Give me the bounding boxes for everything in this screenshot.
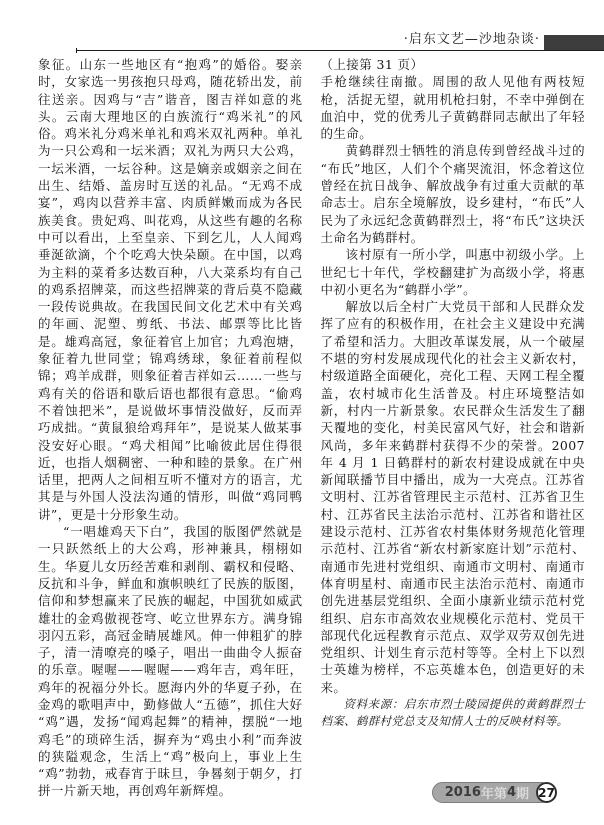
article-body: 象征。山东一些地区有“抱鸡”的婚俗。娶亲时，女家选一男孩抱只母鸡，随花轿出发，前… <box>38 56 585 765</box>
page-header: ·启东文艺—沙地杂谈· <box>38 26 604 50</box>
issue-number: 4 <box>507 785 516 800</box>
paragraph: “一唱雄鸡天下白”，我国的版图俨然就是一只跃然纸上的大公鸡，形神兼具，栩栩如生。… <box>38 523 303 800</box>
page-number-badge: 27 <box>536 782 557 803</box>
paragraph: 该村原有一所小学，叫惠中初级小学。上世纪七十年代，学校翻建扩为高级小学，将惠中初… <box>321 246 586 298</box>
paragraph: 黄鹤群烈士牺牲的消息传到曾经战斗过的“布氏”地区，人们个个痛哭流泪，怀念着这位曾… <box>321 142 586 246</box>
source-note: 资料来源：启东市烈士陵园提供的黄鹤群烈士档案、鹤群村党总支及知情人士的反映材料等… <box>321 696 586 731</box>
issue-period-label: 期 <box>516 783 529 802</box>
issue-era-label: 年第 <box>481 783 507 802</box>
page-number: 27 <box>538 786 555 800</box>
rule-left-tick <box>76 48 77 53</box>
header-rule <box>76 50 604 51</box>
issue-year: 2016 <box>445 785 481 800</box>
issue-pill: 2016 年第 4 期 27 <box>432 782 552 803</box>
right-column: （上接第 31 页） 手枪继续往南撤。周围的敌人见他有两枝短枪，活捉无望，就用机… <box>321 56 586 765</box>
journal-section-title: ·启东文艺—沙地杂谈· <box>404 28 540 47</box>
paragraph: 手枪继续往南撤。周围的敌人见他有两枝短枪，活捉无望，就用机枪扫射，不幸中弹倒在血… <box>321 73 586 142</box>
header-corner-block <box>544 35 604 50</box>
left-column: 象征。山东一些地区有“抱鸡”的婚俗。娶亲时，女家选一男孩抱只母鸡，随花轿出发，前… <box>38 56 303 765</box>
continuation-note: （上接第 31 页） <box>321 56 586 73</box>
paragraph: 解放以后全村广大党员干部和人民群众发挥了应有的积极作用，在社会主义建设中充满了希… <box>321 298 586 696</box>
magazine-page: ·启东文艺—沙地杂谈· 象征。山东一些地区有“抱鸡”的婚俗。娶亲时，女家选一男孩… <box>0 0 604 825</box>
page-footer: 2016 年第 4 期 27 <box>432 782 552 803</box>
paragraph: 象征。山东一些地区有“抱鸡”的婚俗。娶亲时，女家选一男孩抱只母鸡，随花轿出发，前… <box>38 56 303 523</box>
